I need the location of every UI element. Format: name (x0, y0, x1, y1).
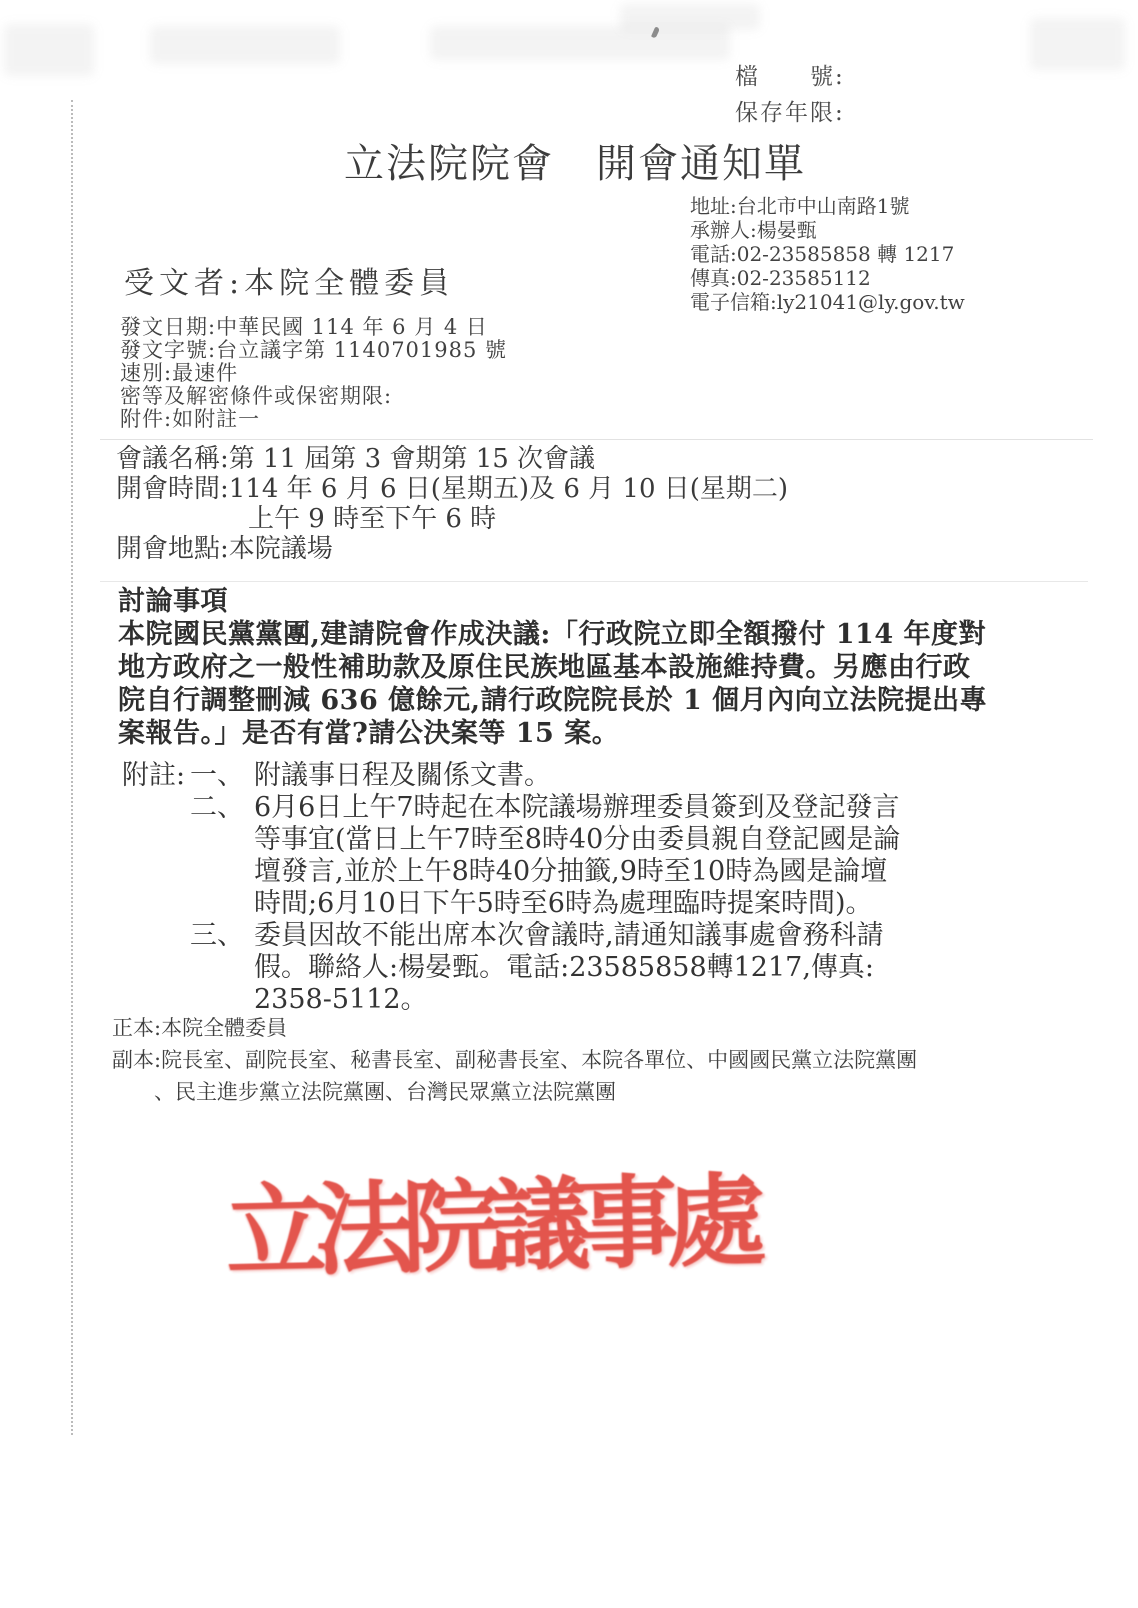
contact-phone: 電話:02-23585858 轉 1217 (690, 242, 965, 266)
contact-handler: 承辦人:楊晏甄 (690, 218, 965, 242)
note-line: 假。聯絡人:楊晏甄。電話:23585858轉1217,傳真: (122, 952, 900, 984)
copy-recipients-line2: 、民主進步黨立法院黨團、台灣民眾黨立法院黨團 (112, 1076, 917, 1108)
file-number-label: 檔 號: (735, 58, 845, 91)
note-text: 附議事日程及關係文書。 (254, 760, 551, 791)
red-office-stamp: 立法院議事處 (225, 1158, 768, 1295)
notes-section: 附註:一、附議事日程及關係文書。 二、6月6日上午7時起在本院議場辦理委員簽到及… (122, 760, 900, 1016)
security-class: 密等及解密條件或保密期限: (120, 385, 507, 408)
issue-date: 發文日期:中華民國 114 年 6 月 4 日 (120, 316, 507, 339)
left-margin-dotted-line (71, 100, 73, 1435)
note-number: 三、 (190, 920, 254, 952)
meeting-time-line2: 上午 9 時至下午 6 時 (116, 504, 788, 534)
note-text: 時間;6月10日下午5時至6時為處理臨時提案時間)。 (254, 888, 873, 919)
note-text: 壇發言,並於上午8時40分抽籤,9時至10時為國是論壇 (254, 856, 887, 887)
section-divider (100, 439, 1093, 440)
discussion-line: 地方政府之一般性補助款及原住民族地區基本設施維持費。另應由行政 (118, 651, 987, 684)
recipient-line: 受文者:本院全體委員 (124, 258, 454, 302)
scan-smudge (430, 26, 730, 60)
note-text: 委員因故不能出席本次會議時,請通知議事處會務科請 (254, 920, 884, 951)
meeting-place: 開會地點:本院議場 (116, 534, 788, 564)
copy-recipients-line1: 副本:院長室、副院長室、秘書長室、副秘書長室、本院各單位、中國國民黨立法院黨團 (112, 1044, 917, 1076)
meeting-info-block: 會議名稱:第 11 屆第 3 會期第 15 次會議 開會時間:114 年 6 月… (116, 444, 788, 564)
note-line: 二、6月6日上午7時起在本院議場辦理委員簽到及登記發言 (122, 792, 900, 824)
notes-label: 附註: (122, 760, 190, 792)
note-line: 三、委員因故不能出席本次會議時,請通知議事處會務科請 (122, 920, 900, 952)
speed-class: 速別:最速件 (120, 362, 507, 385)
note-line: 附註:一、附議事日程及關係文書。 (122, 760, 900, 792)
scan-smudge (4, 24, 94, 76)
contact-address: 地址:台北市中山南路1號 (690, 194, 965, 218)
section-divider (100, 581, 1088, 582)
scan-smudge (620, 4, 760, 30)
discussion-line: 院自行調整刪減 636 億餘元,請行政院院長於 1 個月內向立法院提出專 (118, 684, 987, 717)
note-text: 假。聯絡人:楊晏甄。電話:23585858轉1217,傳真: (254, 952, 874, 983)
attachment-note: 附件:如附註一 (120, 408, 507, 431)
meeting-name: 會議名稱:第 11 屆第 3 會期第 15 次會議 (116, 444, 788, 474)
doc-number: 發文字號:台立議字第 1140701985 號 (120, 339, 507, 362)
distribution-block: 正本:本院全體委員 副本:院長室、副院長室、秘書長室、副秘書長室、本院各單位、中… (112, 1012, 917, 1108)
discussion-line: 案報告。」是否有當?請公決案等 15 案。 (118, 717, 987, 750)
discussion-heading: 討論事項 (118, 585, 987, 618)
discussion-line: 本院國民黨黨團,建請院會作成決議:「行政院立即全額撥付 114 年度對 (118, 618, 987, 651)
retention-period-label: 保存年限: (735, 94, 845, 127)
note-line: 時間;6月10日下午5時至6時為處理臨時提案時間)。 (122, 888, 900, 920)
contact-fax: 傳真:02-23585112 (690, 266, 965, 290)
document-title: 立法院院會 開會通知單 (344, 132, 806, 189)
scan-smudge (150, 26, 340, 64)
scan-smudge (1030, 18, 1125, 70)
original-recipients: 正本:本院全體委員 (112, 1012, 917, 1044)
contact-block: 地址:台北市中山南路1號 承辦人:楊晏甄 電話:02-23585858 轉 12… (690, 194, 965, 314)
scanned-document-page: { "header": { "file_no": "檔 號:", "retent… (0, 0, 1138, 1608)
note-line: 壇發言,並於上午8時40分抽籤,9時至10時為國是論壇 (122, 856, 900, 888)
discussion-section: 討論事項 本院國民黨黨團,建請院會作成決議:「行政院立即全額撥付 114 年度對… (118, 585, 987, 750)
note-number: 一、 (190, 760, 254, 792)
note-text: 2358-5112。 (254, 984, 428, 1015)
note-text: 6月6日上午7時起在本院議場辦理委員簽到及登記發言 (254, 792, 900, 823)
contact-email: 電子信箱:ly21041@ly.gov.tw (690, 290, 965, 314)
document-meta-block: 發文日期:中華民國 114 年 6 月 4 日 發文字號:台立議字第 11407… (120, 316, 507, 431)
note-text: 等事宜(當日上午7時至8時40分由委員親自登記國是論 (254, 824, 900, 855)
note-line: 等事宜(當日上午7時至8時40分由委員親自登記國是論 (122, 824, 900, 856)
meeting-time-line1: 開會時間:114 年 6 月 6 日(星期五)及 6 月 10 日(星期二) (116, 474, 788, 504)
note-number: 二、 (190, 792, 254, 824)
